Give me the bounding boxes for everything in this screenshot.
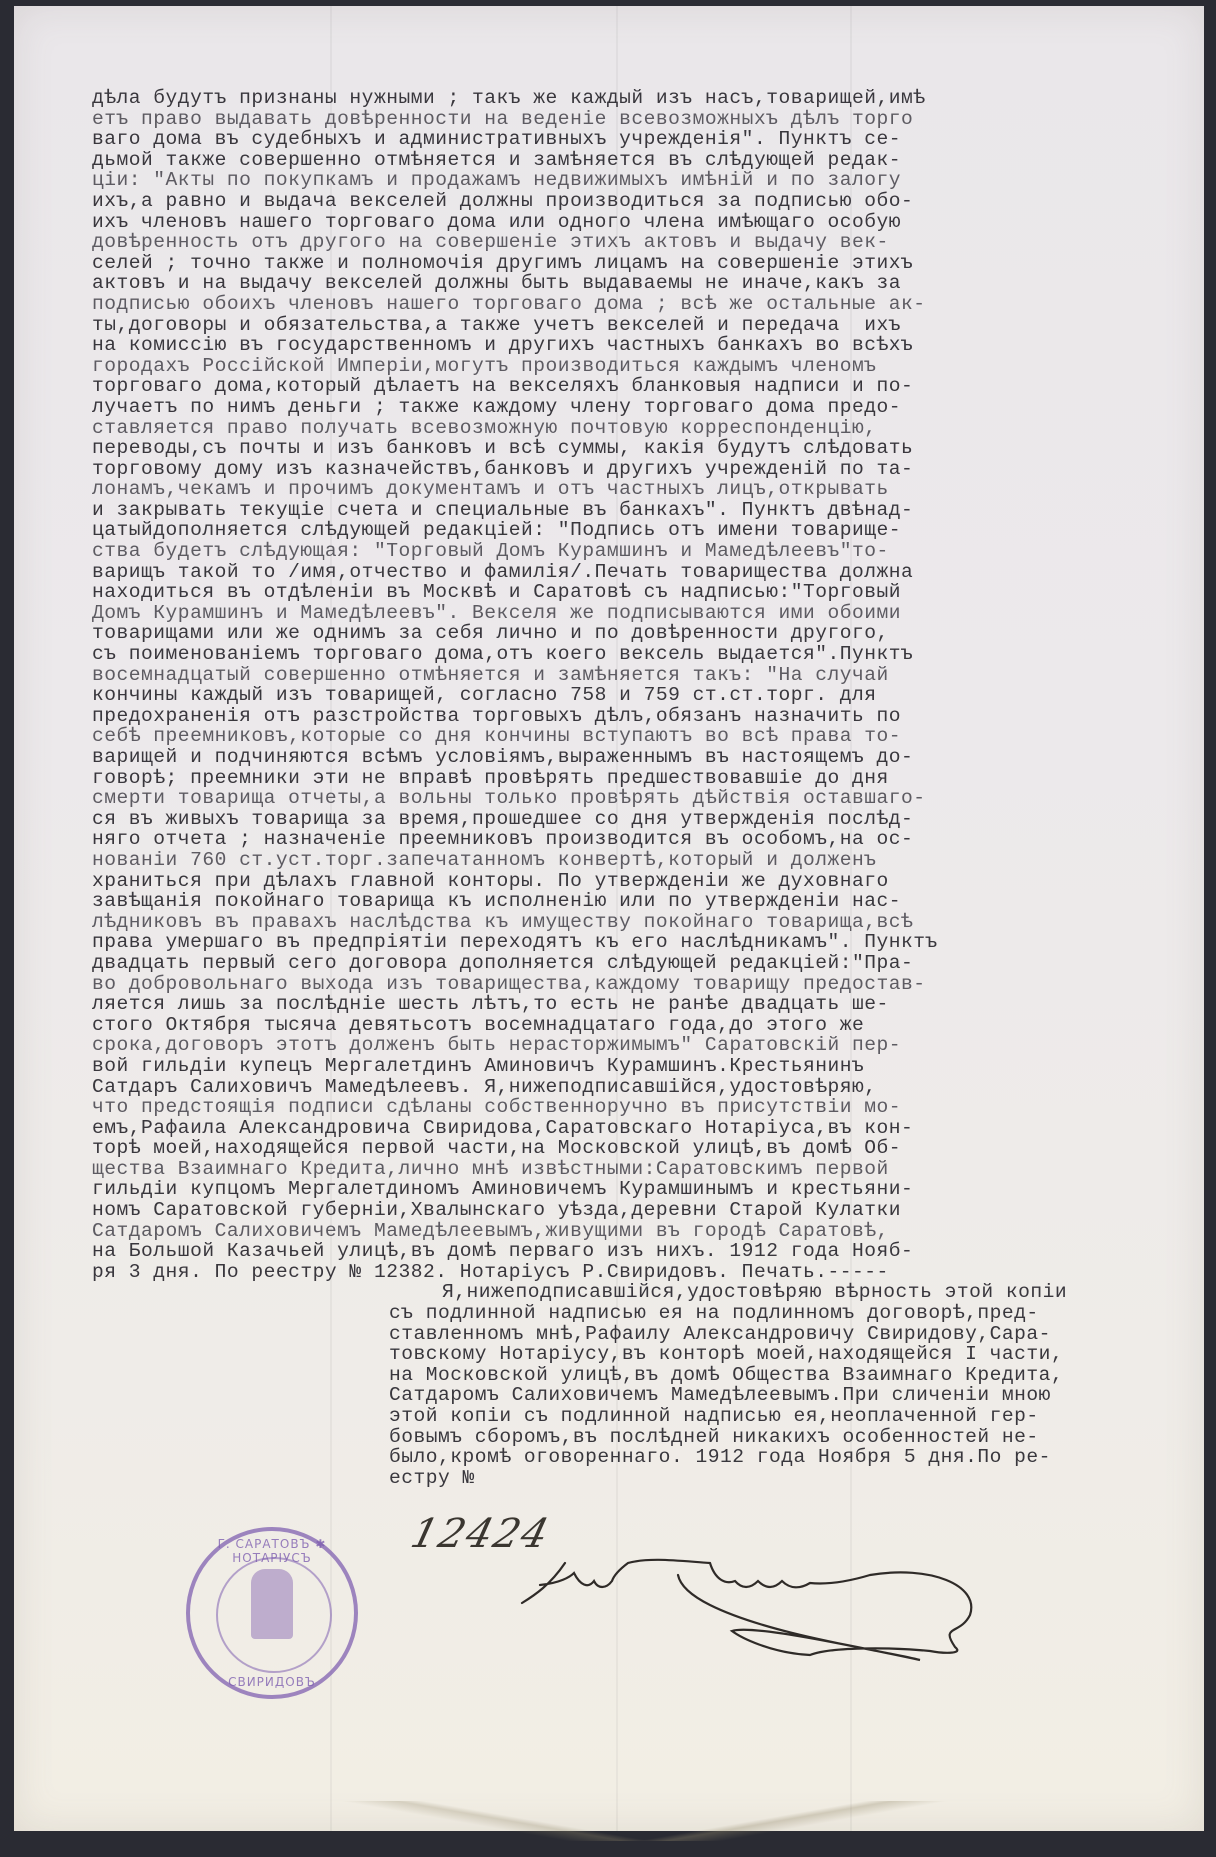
typed-line: емъ,Рафаила Александровича Свиридова,Сар… [92,1118,1112,1139]
typed-line: довѣренность отъ другого на совершеніе э… [92,232,1112,253]
typed-line: ляется лишь за послѣдніе шесть лѣтъ,то е… [92,994,1112,1015]
typed-line: себѣ преемниковъ,которые со дня кончины … [92,726,1112,747]
typed-line: вой гильдіи купецъ Мергалетдинъ Аминович… [92,1056,1112,1077]
typed-line: ихъ,а равно и выдача векселей должны про… [92,191,1112,212]
typed-line: селей ; точно также и полномочія другимъ… [92,253,1112,274]
certification-line: Я,нижеподписавшійся,удостовѣряю вѣрность… [92,1282,1112,1303]
typed-line: лонамъ,чекамъ и прочимъ документамъ и от… [92,479,1112,500]
typed-line: гильдіи купцомъ Мергалетдиномъ Аминовиче… [92,1179,1112,1200]
typed-line: товарищами или же однимъ за себя лично и… [92,623,1112,644]
typed-line: на Большой Казачьей улицѣ,въ домѣ перваг… [92,1241,1112,1262]
typed-line: двадцать первый сего договора дополняетс… [92,953,1112,974]
typed-line: щества Взаимнаго Кредита,лично мнѣ извѣс… [92,1159,1112,1180]
typed-line: етъ право выдавать довѣренности на веден… [92,109,1112,130]
typed-line: ты,договоры и обязательства,а также учет… [92,315,1112,336]
typed-line: торѣ моей,находящейся первой части,на Мо… [92,1138,1112,1159]
typed-line: во добровольнаго выхода изъ товарищества… [92,974,1112,995]
handwritten-register-number: 12424 [406,1511,555,1557]
typed-line: переводы,съ почты и изъ банковъ и всѣ су… [92,438,1112,459]
typewritten-body: дѣла будутъ признаны нужными ; такъ же к… [92,88,1112,1488]
typed-line: торговаго дома,который дѣлаетъ на вексел… [92,376,1112,397]
typed-line: ваго дома въ судебныхъ и административны… [92,129,1112,150]
typed-line: стого Октября тысяча девятьсотъ восемнад… [92,1015,1112,1036]
typed-line: говорѣ; преемники эти не вправѣ провѣрят… [92,768,1112,789]
typed-line: цатыйдополняется слѣдующей редакціей: "П… [92,520,1112,541]
typed-line: что предстоящія подписи сдѣланы собствен… [92,1097,1112,1118]
typed-line: варищей и подчиняются всѣмъ условіямъ,вы… [92,747,1112,768]
typed-line: храниться при дѣлахъ главной конторы. По… [92,871,1112,892]
typed-line: номъ Саратовской губерніи,Хвалынскаго уѣ… [92,1200,1112,1221]
stamp-bottom-text: СВИРИДОВЪ [190,1675,354,1689]
signature-scribble-icon [510,1555,1030,1695]
typed-line: лѣдниковъ въ правахъ наслѣдства къ имуще… [92,912,1112,933]
typed-line: Сатдаромъ Салиховичемъ Мамедѣлеевымъ,жив… [92,1221,1112,1242]
typed-line: варищъ такой то /имя,отчество и фамилія/… [92,562,1112,583]
typed-line: ства будетъ слѣдующая: "Торговый Домъ Ку… [92,541,1112,562]
notary-stamp: Г. САРАТОВЪ ✱ НОТАРІУСЪ СВИРИДОВЪ [186,1527,358,1699]
typed-line: смерти товарища отчеты,а вольны только п… [92,788,1112,809]
typed-line: находиться въ отдѣленіи въ Москвѣ и Сара… [92,582,1112,603]
certification-line: на Московской улицѣ,въ домѣ Общества Вза… [92,1365,1112,1386]
typed-line: актовъ и на выдачу векселей должны быть … [92,273,1112,294]
typed-line: дьмой также совершенно отмѣняется и замѣ… [92,150,1112,171]
certification-line: естру № [92,1468,1112,1489]
certification-line: бовымъ сборомъ,въ послѣдней никакихъ осо… [92,1427,1112,1448]
certification-line: Сатдаромъ Салиховичемъ Мамедѣлеевымъ.При… [92,1385,1112,1406]
certification-line: было,кромѣ оговореннаго. 1912 года Ноябр… [92,1447,1112,1468]
typed-line: ихъ членовъ нашего торговаго дома или од… [92,212,1112,233]
typed-line: ся въ живыхъ товарища за время,прошедшее… [92,809,1112,830]
notary-signature [510,1555,1030,1695]
typed-line: Сатдаръ Салиховичъ Мамедѣлеевъ. Я,нижепо… [92,1077,1112,1098]
typed-line: няго отчета ; назначеніе преемниковъ про… [92,829,1112,850]
typed-line: предохраненія отъ разстройства торговыхъ… [92,706,1112,727]
typed-line: нованіи 760 ст.уст.торг.запечатанномъ ко… [92,850,1112,871]
torn-bottom-edge [14,1801,1204,1841]
certification-line: этой копіи съ подлинной надписью ея,неоп… [92,1406,1112,1427]
typed-line: срока,договоръ этотъ долженъ быть нераст… [92,1035,1112,1056]
typed-line: дѣла будутъ признаны нужными ; такъ же к… [92,88,1112,109]
typed-line: съ поименованіемъ торговаго дома,отъ кое… [92,644,1112,665]
typed-line: кончины каждый изъ товарищей, согласно 7… [92,685,1112,706]
typed-line: и закрывать текущіе счета и специальные … [92,500,1112,521]
typed-line: завѣщанія покойнаго товарища къ исполнен… [92,891,1112,912]
certification-line: съ подлинной надписью ея на подлинномъ д… [92,1303,1112,1324]
typed-line: городахъ Россійской Имперіи,могутъ произ… [92,356,1112,377]
coat-of-arms-icon [251,1569,293,1639]
typed-line: восемнадцатый совершенно отмѣняется и за… [92,665,1112,686]
typed-line: ціи: "Акты по покупкамъ и продажамъ недв… [92,170,1112,191]
certification-line: товскому Нотаріусу,въ конторѣ моей,наход… [92,1344,1112,1365]
typed-line: подписью обоихъ членовъ нашего торговаго… [92,294,1112,315]
typed-line: Домъ Курамшинъ и Мамедѣлеевъ". Векселя ж… [92,603,1112,624]
typed-line: ря 3 дня. По реестру № 12382. Нотаріусъ … [92,1262,1112,1283]
typed-line: ставляется право получать всевозможную п… [92,418,1112,439]
typed-line: на комиссію въ государственномъ и других… [92,335,1112,356]
certification-line: ставленномъ мнѣ,Рафаилу Александровичу С… [92,1324,1112,1345]
typed-line: лучаетъ по нимъ деньги ; также каждому ч… [92,397,1112,418]
typed-line: торговому дому изъ казначействъ,банковъ … [92,459,1112,480]
typed-line: права умершаго въ предпріятіи переходятъ… [92,932,1112,953]
